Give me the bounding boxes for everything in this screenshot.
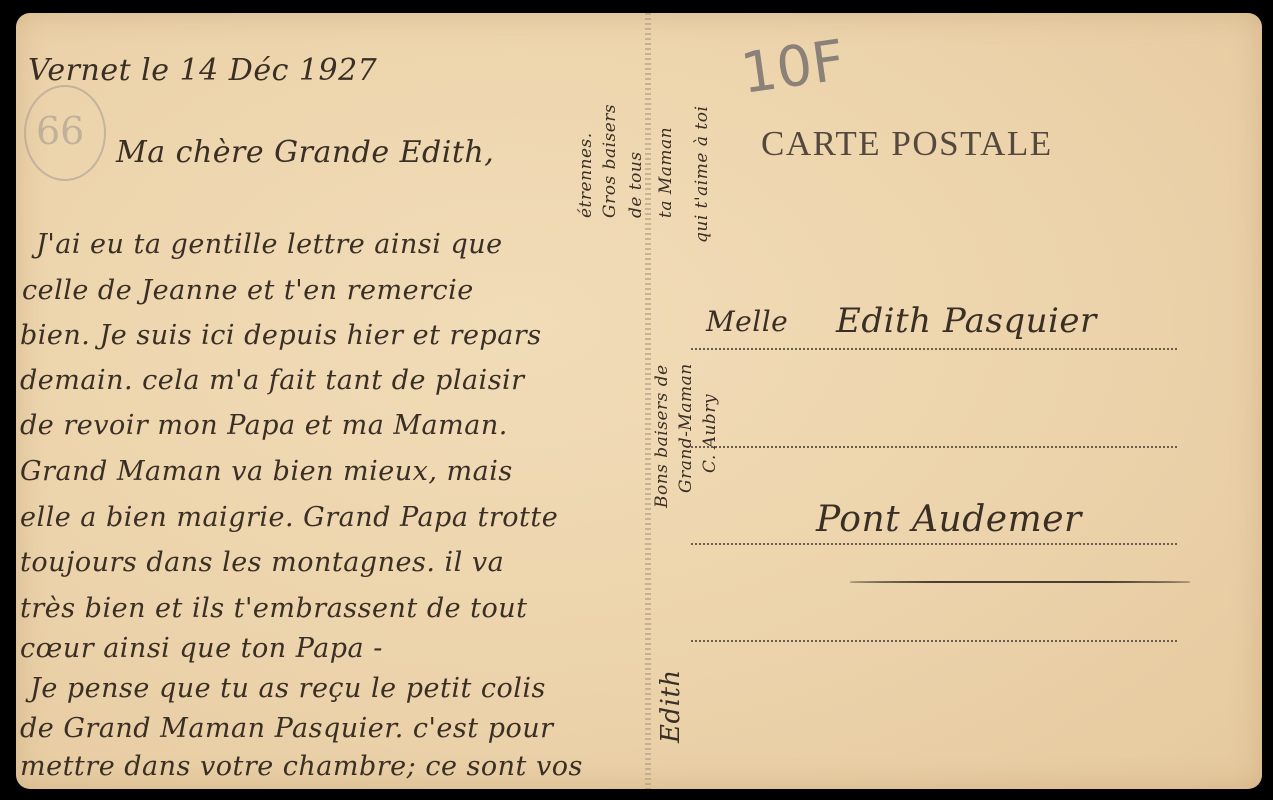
carte-postale-title: CARTE POSTALE [761, 124, 1053, 164]
letter-line: celle de Jeanne et t'en remercie [22, 275, 474, 306]
letter-line: bien. Je suis ici depuis hier et repars [20, 320, 542, 351]
salutation: Ma chère Grande Edith, [116, 135, 494, 170]
dateline: Vernet le 14 Déc 1927 [28, 53, 377, 88]
letter-line: elle a bien maigrie. Grand Papa trotte [20, 502, 558, 533]
address-line-3 [691, 543, 1177, 545]
letter-line: J'ai eu ta gentille lettre ainsi que [36, 229, 503, 260]
margin-note: Gros baisers [600, 104, 620, 218]
margin-note: Bons baisers de [652, 364, 672, 508]
address-line-4 [691, 640, 1177, 642]
margin-note: qui t'aime à toi [692, 106, 712, 243]
address-city: Pont Audemer [816, 499, 1082, 540]
letter-line: toujours dans les montagnes. il va [20, 547, 504, 578]
recipient-name: Edith Pasquier [836, 301, 1097, 341]
letter-line: de Grand Maman Pasquier. c'est pour [20, 713, 554, 744]
margin-note: ta Maman [656, 127, 676, 218]
address-line-2 [691, 446, 1177, 448]
letter-line: Grand Maman va bien mieux, mais [20, 456, 513, 487]
margin-note: de tous [626, 151, 646, 218]
margin-note: C. Aubry [700, 394, 720, 473]
center-divider [645, 13, 651, 789]
address-line-1 [691, 348, 1177, 350]
letter-line: demain. cela m'a fait tant de plaisir [20, 365, 525, 396]
price-mark: 10F [737, 28, 849, 107]
letter-line: de revoir mon Papa et ma Maman. [20, 410, 508, 441]
margin-note: étrennes. [576, 132, 596, 218]
letter-line: Je pense que tu as reçu le petit colis [30, 673, 546, 704]
letter-line: mettre dans votre chambre; ce sont vos [20, 751, 583, 782]
circle-number: 66 [36, 109, 84, 153]
letter-line: très bien et ils t'embrassent de tout [20, 593, 528, 624]
letter-line: cœur ainsi que ton Papa - [20, 633, 383, 664]
city-underline [850, 581, 1190, 583]
pencil-circle-mark: 66 [24, 85, 106, 181]
address-prefix: Melle [706, 305, 788, 338]
postcard: 66 Vernet le 14 Déc 1927 Ma chère Grande… [16, 13, 1262, 789]
margin-note: Grand-Maman [676, 363, 696, 493]
signature: Edith [656, 669, 686, 743]
